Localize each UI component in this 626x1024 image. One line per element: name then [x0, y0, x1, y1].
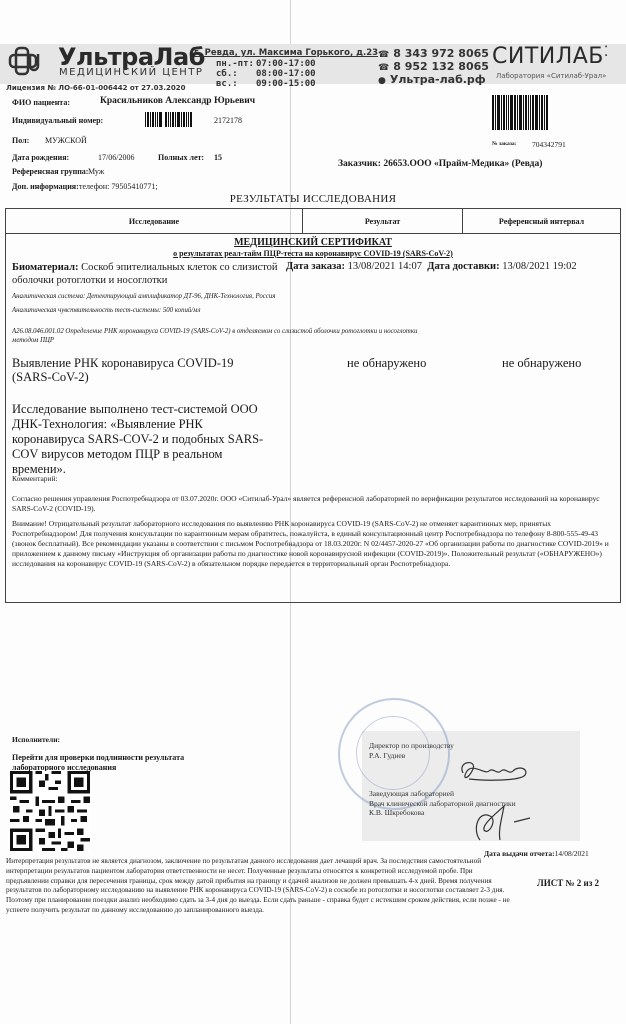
verification-qr-code[interactable]	[10, 771, 90, 851]
signer-1: Директор по производству Р.А. Гудиев	[369, 741, 454, 760]
brand-ultralab-subtitle: МЕДИЦИНСКИЙ ЦЕНТР	[59, 67, 203, 78]
clinic-address: г. Ревда, ул. Максима Горького, д.23	[194, 48, 378, 58]
phone-icon: ☎	[378, 50, 389, 60]
analytic-system: Аналитическая система: Детектирующий амп…	[12, 293, 275, 300]
patient-name-label: ФИО пациента:	[12, 98, 70, 107]
age-label: Полных лет:	[158, 153, 204, 162]
test-system-note: Исследование выполнено тест-системой ООО…	[12, 402, 272, 477]
order-barcode	[492, 95, 549, 130]
ultralab-logo-icon	[8, 46, 46, 76]
results-table: Исследование Результат Референсный интер…	[5, 208, 621, 603]
brand-citilab: СИТИЛАБ⁚	[492, 44, 609, 69]
verify-text: Перейти для проверки подлинности результ…	[12, 753, 202, 773]
method-code: A26.08.046.001.02 Определение РНК корона…	[12, 327, 432, 345]
sex-label: Пол:	[12, 136, 29, 145]
ref-group-value: Муж	[88, 167, 104, 176]
results-title: РЕЗУЛЬТАТЫ ИССЛЕДОВАНИЯ	[0, 193, 626, 205]
analytic-sensitivity: Аналитическая чувствительность тест-сист…	[12, 307, 200, 314]
extra-info-value: телефон: 79505410771;	[79, 182, 158, 191]
brand-citilab-subtitle: Лаборатория «Ситилаб-Урал»	[496, 72, 606, 80]
comment-label: Комментарий:	[12, 474, 612, 484]
phone-icon: ☎	[378, 63, 389, 73]
customer: Заказчик: 26653.ООО «Прайм-Медика» (Ревд…	[338, 159, 542, 169]
patient-name: Красильников Александр Юрьевич	[100, 96, 255, 106]
column-header-result: Результат	[303, 209, 463, 233]
disclaimer: Интерпретация результатов не является ди…	[6, 857, 511, 916]
order-number-label: № заказа:	[492, 141, 517, 147]
test-result: не обнаружено	[347, 356, 426, 370]
ref-group-label: Референсная группа:	[12, 167, 88, 176]
test-name: Выявление РНК коронавируса COVID-19 (SAR…	[12, 356, 262, 384]
certificate-title: МЕДИЦИНСКИЙ СЕРТИФИКАТ	[6, 237, 620, 248]
patient-barcode	[145, 112, 193, 127]
patient-id: 2172178	[214, 116, 242, 125]
patient-id-label: Индивидуальный номер:	[12, 116, 103, 125]
age-value: 15	[214, 153, 222, 162]
sex-value: МУЖСКОЙ	[45, 136, 87, 145]
comment-warning: Внимание! Отрицательный результат лабора…	[12, 519, 612, 569]
order-dates: Дата заказа: 13/08/2021 14:07 Дата доста…	[286, 261, 577, 272]
license-number: Лицензия № ЛО-66-01-006442 от 27.03.2020	[6, 84, 185, 92]
contact-phones: ☎8 343 972 8065 ☎8 952 132 8065 ●Ультра-…	[378, 48, 489, 87]
column-header-test: Исследование	[6, 209, 303, 233]
dob-label: Дата рождения:	[12, 153, 69, 162]
citilab-dots-icon: ⁚	[604, 44, 609, 60]
dob-value: 17/06/2006	[98, 153, 134, 162]
extra-info-label: Доп. информация:	[12, 182, 79, 191]
globe-icon: ●	[378, 76, 386, 86]
test-reference: не обнаружено	[502, 356, 581, 370]
executors-label: Исполнители:	[12, 735, 60, 744]
biomaterial: Биоматериал: Соскоб эпителиальных клеток…	[12, 261, 282, 287]
signature-1-icon	[455, 757, 530, 787]
opening-hours: пн.-пт:07:00-17:00 сб.:08:00-17:00 вс.:0…	[216, 59, 316, 89]
order-number: 704342791	[532, 140, 566, 149]
signature-2-icon	[468, 800, 538, 845]
table-header: Исследование Результат Референсный интер…	[6, 209, 620, 234]
sheet-number: ЛИСТ № 2 из 2	[537, 878, 599, 888]
column-header-reference: Референсный интервал	[463, 209, 620, 233]
comment-reference-lab: Согласно решения управления Роспотребнад…	[12, 494, 612, 514]
certificate-subtitle: о результатах реал-тайм ПЦР-теста на кор…	[6, 249, 620, 258]
